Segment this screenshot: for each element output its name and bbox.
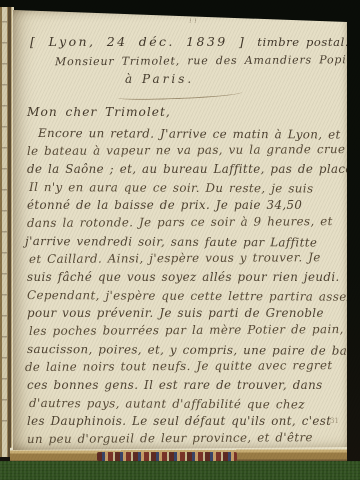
marbled-edge-decoration bbox=[97, 452, 237, 461]
letter-line: pour vous prévenir. Je suis parti de Gre… bbox=[27, 304, 347, 322]
postmark-note: timbre postal. bbox=[257, 35, 349, 49]
salutation-line: Mon cher Trimolet, bbox=[27, 105, 171, 119]
letter-line: les Dauphinois. Le seul défaut qu'ils on… bbox=[27, 412, 347, 430]
header-row: [ Lyon, 24 déc. 1839 ]timbre postal. bbox=[30, 31, 349, 50]
green-felt-surface bbox=[0, 461, 360, 480]
letter-line: un peu d'orgueil de leur province, et d'… bbox=[27, 428, 347, 448]
letter-body: Encore un retard. J'arrive ce matin à Ly… bbox=[27, 124, 347, 448]
letter-line: de la Saône ; et, au bureau Laffitte, pa… bbox=[27, 160, 347, 178]
letter-line: étonné de la baisse de prix. Je paie 34,… bbox=[27, 196, 347, 214]
letter-line: Il n'y en aura que ce soir. Du reste, je… bbox=[29, 178, 347, 198]
letter-line: dans la rotonde. Je pars ce soir à 9 heu… bbox=[27, 212, 347, 232]
photograph-of-letter: [ Lyon, 24 déc. 1839 ]timbre postal. Mon… bbox=[0, 0, 360, 480]
letter-line: ces bonnes gens. Il est rare de trouver,… bbox=[27, 376, 347, 394]
letter-line: et Caillard. Ainsi, j'espère vous y trou… bbox=[29, 248, 347, 268]
letter-line: Cependant, j'espère que cette lettre par… bbox=[27, 286, 347, 306]
letter-line: les poches bourrées par la mère Potier d… bbox=[29, 320, 347, 340]
previous-page-ink-fragments bbox=[2, 12, 7, 432]
letter-line: suis fâché que vous soyez allés pour rie… bbox=[27, 268, 347, 286]
letter-line: le bateau à vapeur ne va pas, vu la gran… bbox=[27, 140, 347, 160]
address-line: Monsieur Trimolet, rue des Amandiers Pop… bbox=[55, 53, 360, 69]
dateline: [ Lyon, 24 déc. 1839 ] bbox=[30, 34, 246, 49]
letter-line: de laine noirs tout neufs. Je quitte ave… bbox=[25, 356, 347, 376]
faint-pencil-mark bbox=[189, 18, 197, 23]
address-city-line: à Paris. bbox=[125, 72, 194, 86]
letter-page: [ Lyon, 24 déc. 1839 ]timbre postal. Mon… bbox=[13, 9, 347, 450]
page-number: 31 bbox=[330, 417, 339, 425]
letter-line: d'autres pays, autant d'affabilité que c… bbox=[29, 394, 347, 414]
underline-flourish bbox=[118, 91, 242, 101]
